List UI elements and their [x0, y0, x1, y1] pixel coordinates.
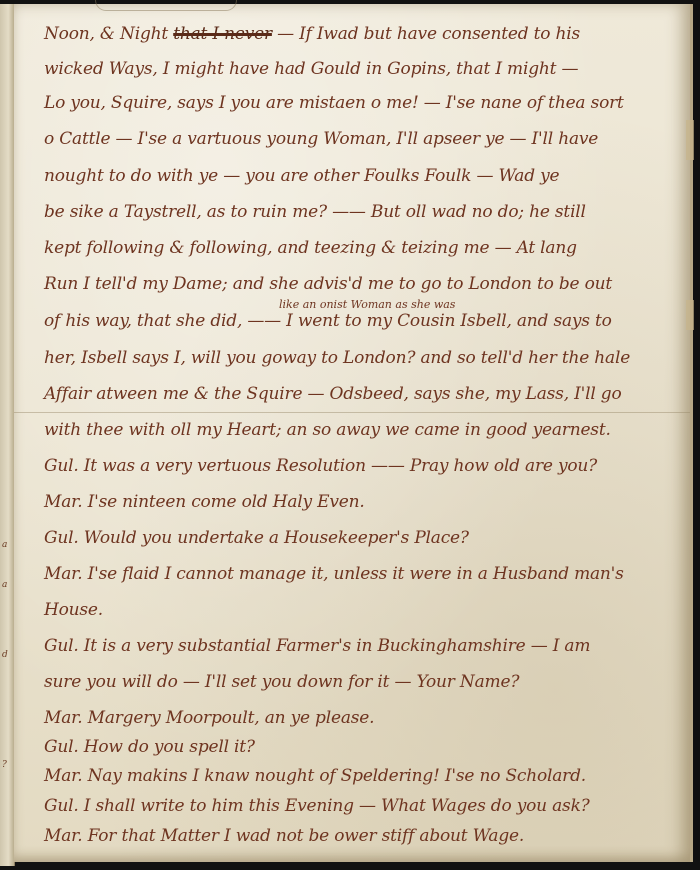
torn-edge [686, 120, 694, 160]
text-line: Mar. Nay makins I knaw nought of Spelder… [44, 766, 586, 786]
text-line: Gul. How do you spell it? [44, 737, 255, 757]
text-line: Noon, & Night that I never — If Iwad but… [44, 24, 580, 44]
text-line: be sike a Taystrell, as to ruin me? —— B… [44, 202, 586, 222]
text-line: her, Isbell says I, will you goway to Lo… [44, 348, 630, 368]
paper-fold-line [14, 412, 690, 413]
manuscript-scan: a a d ? Noon, & Night that I never — If … [0, 0, 700, 870]
text-segment: — If Iwad but have consented to his [272, 24, 580, 44]
paper-stamp-mark [95, 0, 237, 11]
margin-note: ? [2, 760, 7, 770]
text-segment: Noon, & Night [44, 24, 173, 44]
text-line: House. [44, 600, 103, 620]
text-line: Gul. It is a very substantial Farmer's i… [44, 636, 590, 656]
text-line: Gul. Would you undertake a Housekeeper's… [44, 528, 469, 548]
text-line: Affair atween me & the Squire — Odsbeed,… [44, 384, 622, 404]
text-line: Run I tell'd my Dame; and she advis'd me… [44, 274, 612, 294]
struck-text: that I never [173, 24, 272, 44]
text-line: sure you will do — I'll set you down for… [44, 672, 519, 692]
text-line: Mar. I'se flaid I cannot manage it, unle… [44, 564, 624, 584]
text-line: nought to do with ye — you are other Fou… [44, 166, 559, 186]
text-line: kept following & following, and teezing … [44, 238, 577, 258]
text-line: Mar. For that Matter I wad not be ower s… [44, 826, 524, 846]
margin-note: d [2, 650, 8, 660]
facing-page-margin: a a d ? [0, 0, 14, 870]
text-line: with thee with oll my Heart; an so away … [44, 420, 611, 440]
text-line: o Cattle — I'se a vartuous young Woman, … [44, 129, 598, 149]
text-line: Lo you, Squire, says I you are mistaen o… [44, 93, 624, 113]
text-line: Mar. I'se ninteen come old Haly Even. [44, 492, 365, 512]
text-line: of his way, that she did, —— I went to m… [44, 311, 612, 331]
text-line: wicked Ways, I might have had Gould in G… [44, 59, 578, 79]
text-line: Gul. It was a very vertuous Resolution —… [44, 456, 597, 476]
text-line: Gul. I shall write to him this Evening —… [44, 796, 590, 816]
margin-note: a [2, 540, 7, 550]
margin-note: a [2, 580, 7, 590]
text-line: Mar. Margery Moorpoult, an ye please. [44, 708, 374, 728]
torn-edge [686, 300, 694, 330]
interlinear-insertion: like an onist Woman as she was [279, 298, 455, 311]
